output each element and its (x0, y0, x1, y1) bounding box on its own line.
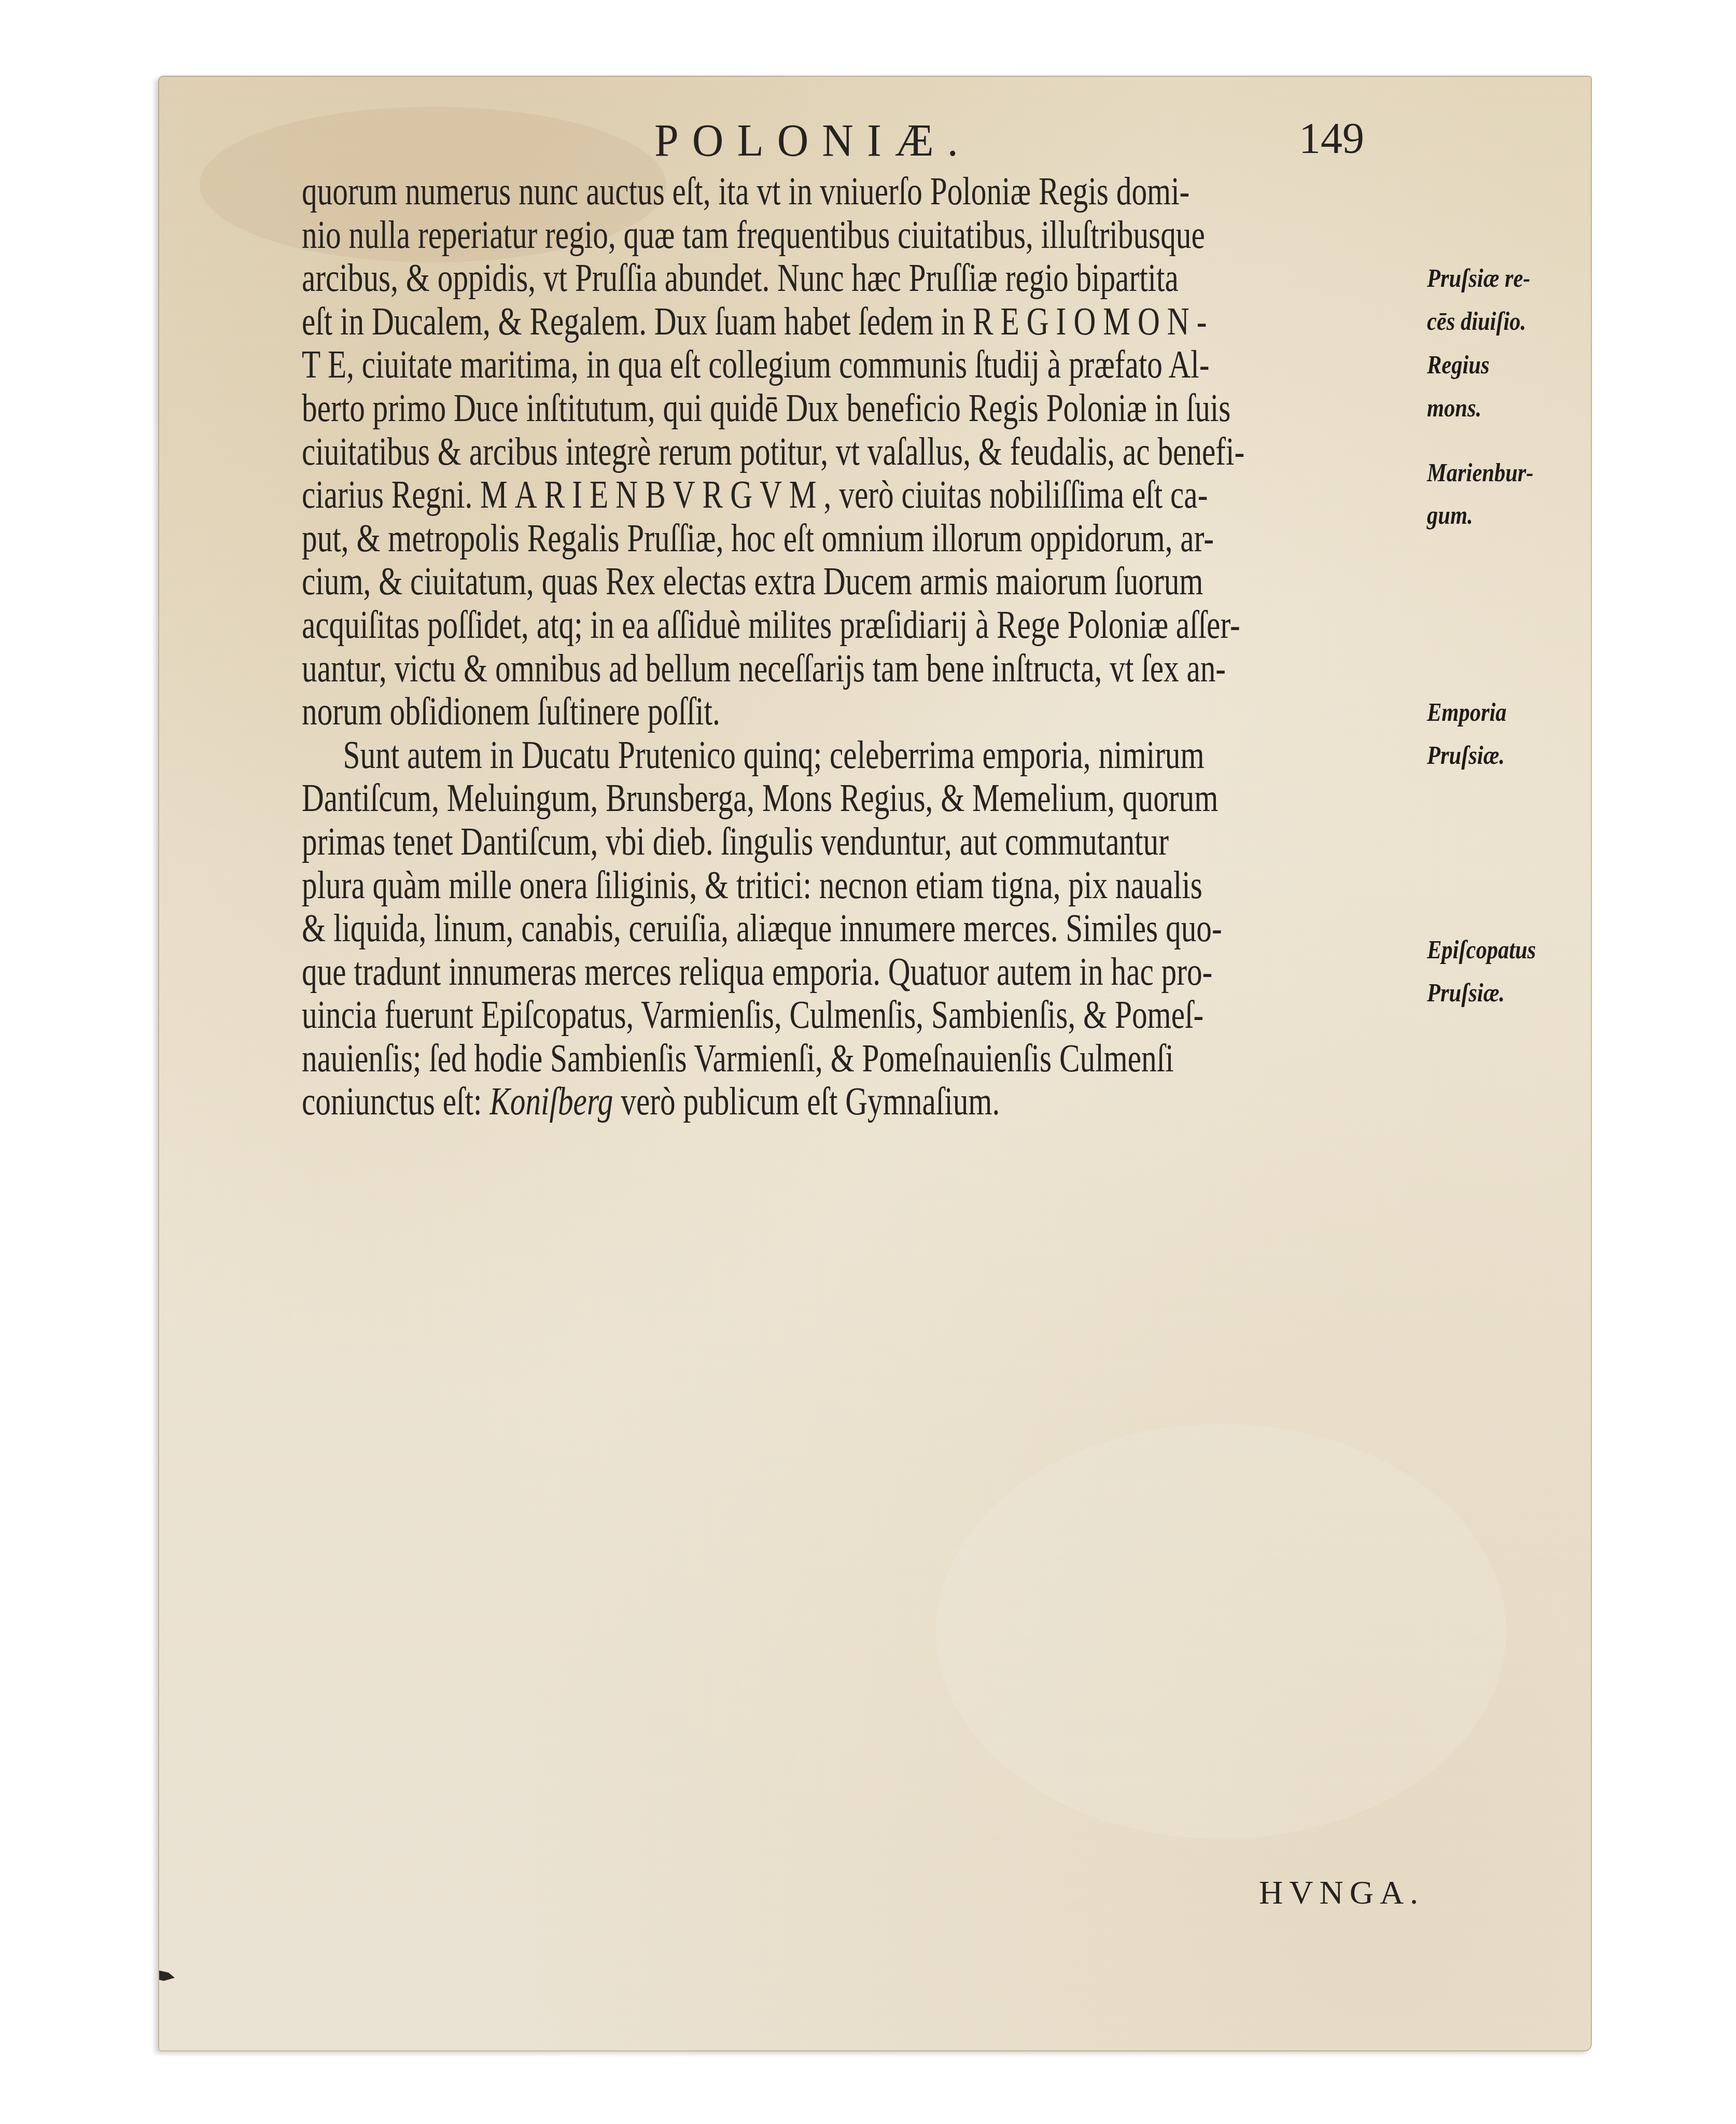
margin-note: Regius (1427, 343, 1489, 387)
text-line: eſt in Ducalem, & Regalem. Dux ſuam habe… (302, 300, 1414, 344)
text-line: T E, ciuitate maritima, in qua eſt colle… (302, 343, 1414, 387)
margin-note: cēs diuiſio. (1427, 300, 1526, 343)
text-line: norum obſidionem ſuſtinere poſſit. (302, 690, 1414, 734)
margin-note: mons. (1427, 386, 1481, 430)
text-line: ciarius Regni. MARIENBVRGVM, verò ciuita… (302, 473, 1414, 517)
text-line: berto primo Duce inſtitutum, qui quidē D… (302, 387, 1414, 430)
paragraph-start-line: Sunt autem in Ducatu Prutenico quinq; ce… (302, 734, 1455, 777)
italic-place-name: Koniſberg (489, 1080, 613, 1123)
running-head: POLONIÆ. (654, 118, 972, 164)
place-name-caps: REGIOMON- (973, 300, 1214, 343)
text-line: put, & metropolis Regalis Pruſſiæ, hoc e… (302, 517, 1414, 561)
margin-note: Epiſcopatus (1427, 928, 1536, 972)
margin-note: Emporia (1427, 691, 1507, 734)
page-number: 149 (1299, 117, 1364, 161)
text-line: acquiſitas poſſidet, atq; in ea aſſiduè … (302, 604, 1414, 647)
margin-note: gum. (1427, 494, 1473, 537)
line-text: eſt in Ducalem, & Regalem. Dux ſuam habe… (302, 300, 973, 343)
text-line: & liquida, linum, canabis, ceruiſia, ali… (302, 907, 1414, 951)
margin-note: Pruſsiæ. (1427, 971, 1505, 1015)
text-line: cium, & ciuitatum, quas Rex electas extr… (302, 560, 1414, 604)
line-text: , verò ciuitas nobiliſſima eſt ca- (824, 473, 1208, 516)
text-line: coniunctus eſt: Koniſberg verò publicum … (302, 1080, 1414, 1124)
text-line: arcibus, & oppidis, vt Pruſſia abundet. … (302, 257, 1414, 300)
margin-note: Pruſsiæ re- (1427, 257, 1531, 300)
text-line: nauienſis; ſed hodie Sambienſis Varmienſ… (302, 1037, 1414, 1081)
margin-note: Pruſsiæ. (1427, 734, 1505, 777)
catchword: HVNGA. (1259, 1876, 1424, 1909)
text-line: quorum numerus nunc auctus eſt, ita vt i… (302, 170, 1414, 214)
body-text: quorum numerus nunc auctus eſt, ita vt i… (302, 170, 1411, 1124)
text-line: ciuitatibus & arcibus integrè rerum poti… (302, 430, 1414, 474)
text-line: nio nulla reperiatur regio, quæ tam freq… (302, 214, 1414, 257)
text-line: primas tenet Dantiſcum, vbi dieb. ſingul… (302, 820, 1414, 864)
text-line: uantur, victu & omnibus ad bellum neceſſ… (302, 647, 1414, 691)
line-text: coniunctus eſt: (302, 1080, 489, 1123)
text-line: uincia fuerunt Epiſcopatus, Varmienſis, … (302, 994, 1414, 1037)
place-name-caps: MARIENBVRGVM (480, 473, 824, 516)
text-line: Dantiſcum, Meluingum, Brunsberga, Mons R… (302, 777, 1414, 820)
margin-note: Marienbur- (1427, 451, 1533, 495)
text-line: que tradunt innumeras merces reliqua emp… (302, 951, 1414, 994)
line-text: verò publicum eſt Gymnaſium. (613, 1080, 1000, 1123)
paper-stain (936, 1424, 1506, 1839)
line-text: ciarius Regni. (302, 473, 480, 516)
text-line: plura quàm mille onera ſiliginis, & trit… (302, 864, 1414, 907)
